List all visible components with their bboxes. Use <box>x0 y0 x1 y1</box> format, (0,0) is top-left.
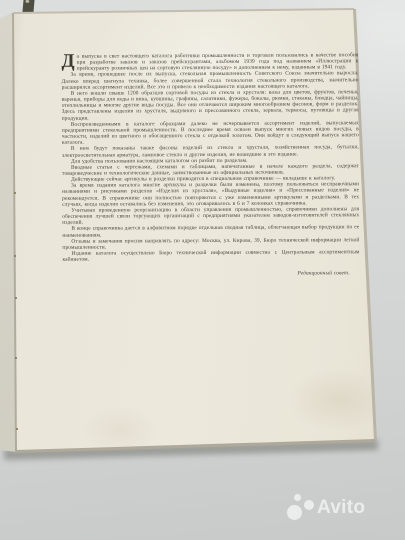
binding-thread-dot <box>16 428 18 430</box>
avito-wordmark: Avito <box>317 498 365 517</box>
binding-thread-dot <box>14 192 16 194</box>
preface-paragraph: До выпуска в свет настоящего каталога ра… <box>61 52 358 72</box>
binding-thread-dot <box>15 357 17 359</box>
avito-logo-icon <box>287 491 314 521</box>
preface-paragraph: В него вошли свыше 1200 образцов сортово… <box>62 89 359 121</box>
preface-paragraph: За время, прошедшее после их выпуска, ст… <box>62 71 359 91</box>
preface-text-block: До выпуска в свет настоящего каталога ра… <box>61 52 359 278</box>
book-photo: До выпуска в свет настоящего каталога ра… <box>0 0 405 540</box>
binding-thread-dot <box>15 297 17 299</box>
avito-logo-circle-medium <box>304 500 314 510</box>
avito-logo-circle-small <box>294 494 301 501</box>
preface-paragraph: За время издания каталога многие артикул… <box>62 182 359 208</box>
paragraph-text: о выпуска в свет настоящего каталога раб… <box>77 52 359 72</box>
avito-logo-circle-large <box>287 505 302 520</box>
preface-paragraph: Воспроизведенными в каталоге образцами д… <box>62 120 359 146</box>
avito-watermark: Avito <box>287 491 365 521</box>
spine-headband <box>25 0 29 3</box>
preface-paragraph: Издание каталога осуществлено Бюро техни… <box>62 249 359 263</box>
preface-paragraph: Учитывая проведенную реорганизацию в обл… <box>62 206 359 226</box>
drop-cap: Д <box>61 54 76 68</box>
binding-thread-dot <box>14 255 16 257</box>
